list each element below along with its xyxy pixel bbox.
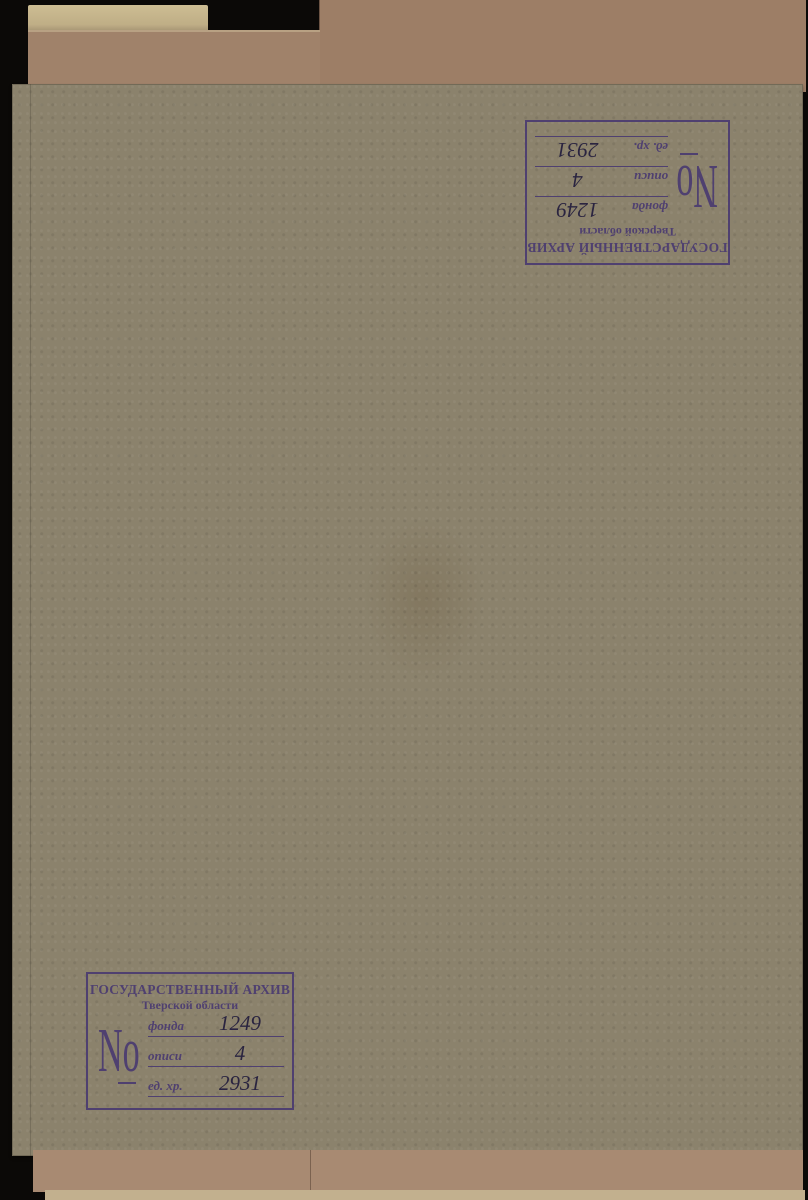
stamp-field-opis: описи 4 bbox=[535, 166, 668, 189]
archive-stamp-top: ГОСУДАРСТВЕННЫЙ АРХИВ Тверской области N… bbox=[525, 120, 730, 265]
field-label: ед. хр. bbox=[633, 139, 668, 155]
wrapper-flap-bottom bbox=[33, 1150, 803, 1192]
stamp-field-opis: описи 4 bbox=[148, 1044, 284, 1067]
stamp-field-fond: фонда 1249 bbox=[535, 196, 668, 219]
wrapper-flap-left bbox=[28, 30, 320, 85]
field-value: 4 bbox=[535, 167, 620, 192]
stamp-field-ed-hr: ед. хр. 2931 bbox=[535, 136, 668, 159]
stamp-subtitle: Тверской области bbox=[527, 224, 728, 239]
field-value: 1249 bbox=[535, 197, 620, 222]
field-label: фонда bbox=[148, 1018, 184, 1034]
field-value: 2931 bbox=[196, 1071, 284, 1096]
field-label: фонда bbox=[632, 199, 668, 215]
torn-paper-edge-left bbox=[28, 5, 208, 33]
stamp-field-ed-hr: ед. хр. 2931 bbox=[148, 1074, 284, 1097]
number-sign: No bbox=[98, 1020, 140, 1082]
archive-stamp-bottom: ГОСУДАРСТВЕННЫЙ АРХИВ Тверской области N… bbox=[86, 972, 294, 1110]
field-label: ед. хр. bbox=[148, 1078, 183, 1094]
stamp-title: ГОСУДАРСТВЕННЫЙ АРХИВ bbox=[527, 239, 728, 255]
stamp-field-fond: фонда 1249 bbox=[148, 1014, 284, 1037]
wrapper-flap-right bbox=[319, 0, 806, 92]
field-label: описи bbox=[634, 169, 668, 185]
cover-spine-line bbox=[30, 84, 31, 1156]
field-value: 4 bbox=[196, 1041, 284, 1066]
field-label: описи bbox=[148, 1048, 182, 1064]
field-value: 2931 bbox=[535, 137, 620, 162]
number-sign-underline bbox=[680, 153, 698, 155]
field-value: 1249 bbox=[196, 1011, 284, 1036]
wrapper-seam bbox=[310, 1150, 311, 1192]
number-sign: No bbox=[676, 155, 718, 217]
torn-paper-edge-bottom bbox=[45, 1190, 805, 1200]
stamp-title: ГОСУДАРСТВЕННЫЙ АРХИВ bbox=[88, 982, 292, 998]
number-sign-underline bbox=[118, 1082, 136, 1084]
